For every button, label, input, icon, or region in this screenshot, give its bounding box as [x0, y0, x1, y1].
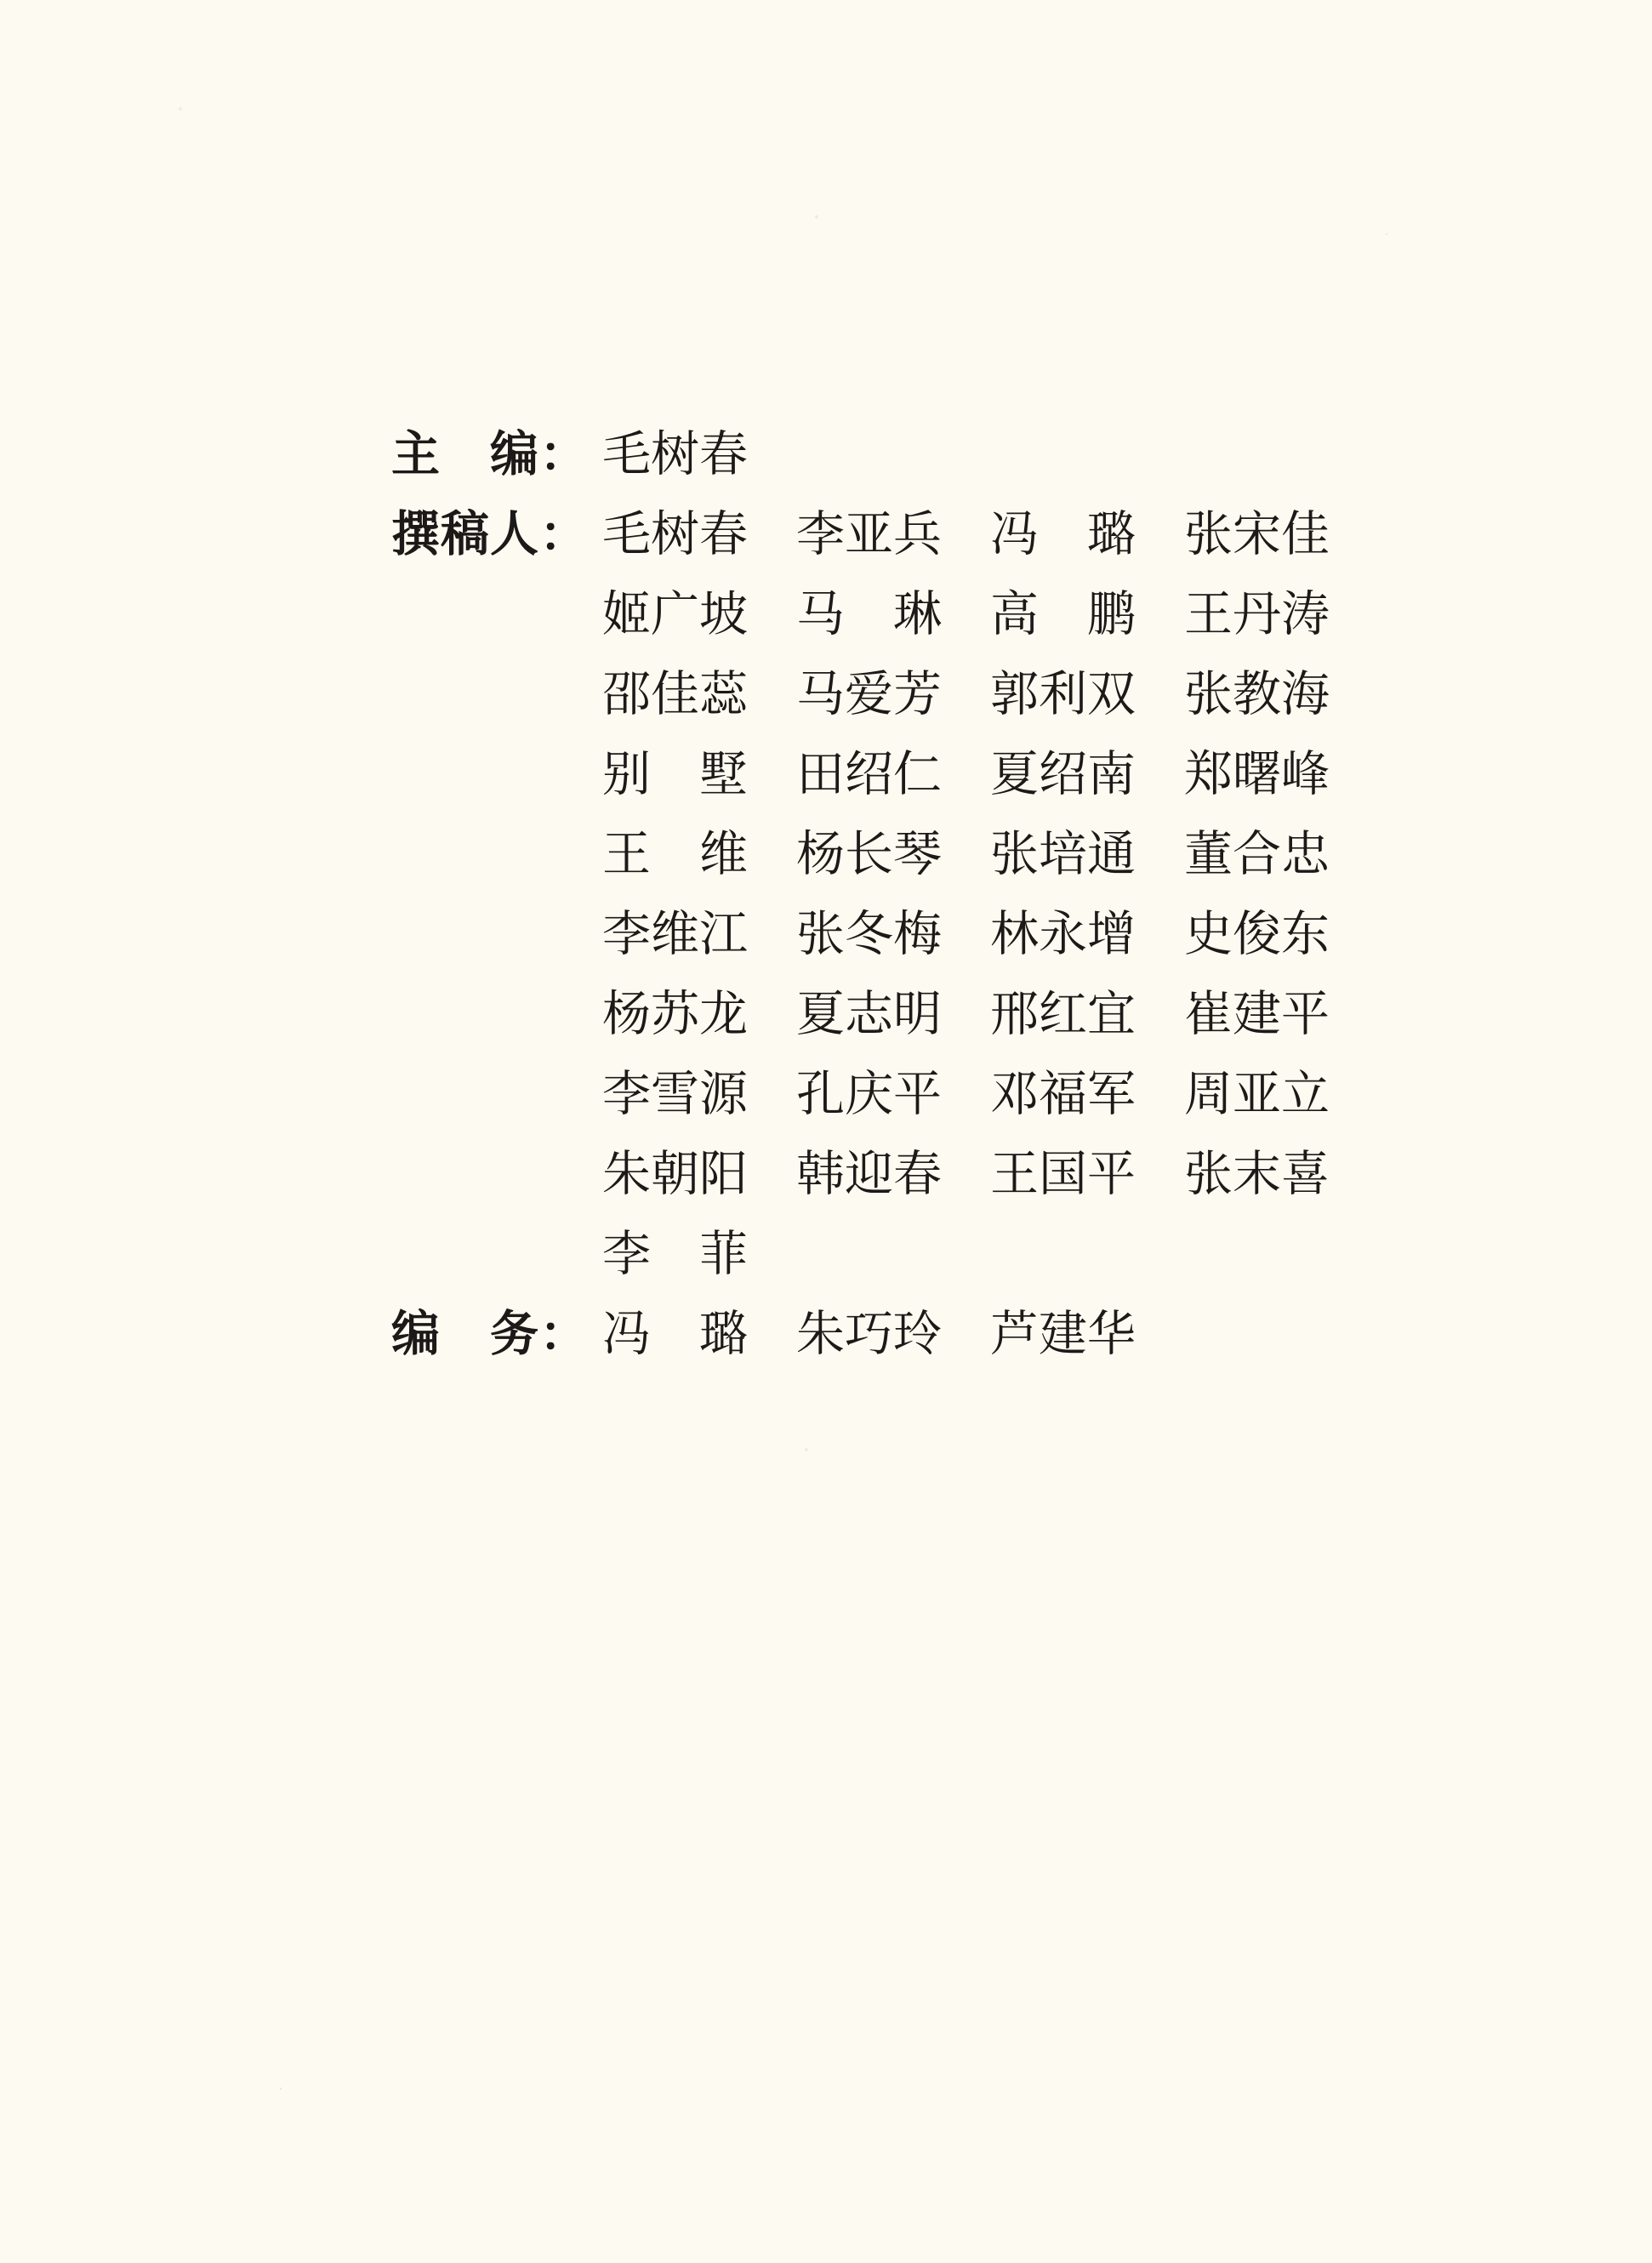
- contributor-name: 孔庆平: [796, 1070, 944, 1119]
- contributor-name: 别 墅: [602, 750, 750, 799]
- contributor-name: 郑曙峰: [1184, 750, 1332, 799]
- editorial-name: 芦建华: [990, 1310, 1138, 1359]
- contributor-name: 张培通: [990, 830, 1138, 879]
- credits-block: 主 编： 毛树春 撰稿人： 毛树春李亚兵冯 璐张宋佳姬广坡马 琳高 鹏王丹涛邵佳…: [391, 430, 1332, 1359]
- contributor-name: 李雪源: [602, 1070, 750, 1119]
- contributor-name: 邓福军: [990, 1070, 1138, 1119]
- contributors-label: 撰稿人：: [391, 510, 602, 559]
- contributor-name: 王 维: [602, 830, 750, 879]
- contributor-name: 姬广坡: [602, 590, 750, 639]
- scanned-credits-page: 主 编： 毛树春 撰稿人： 毛树春李亚兵冯 璐张宋佳姬广坡马 琳高 鹏王丹涛邵佳…: [0, 0, 1652, 2263]
- contributor-name: 张宋佳: [1184, 510, 1332, 559]
- contributor-name: 李 菲: [602, 1230, 750, 1279]
- contributor-name: 高 鹏: [990, 590, 1138, 639]
- contributor-name: 夏志明: [796, 990, 944, 1039]
- editorial-label: 编 务：: [391, 1310, 602, 1359]
- contributor-name: 林永增: [990, 910, 1138, 959]
- editorial-line: 编 务： 冯 璐 朱巧玲 芦建华: [391, 1310, 1332, 1359]
- chief-editor-label: 主 编：: [391, 430, 602, 479]
- contributor-name: 张教海: [1184, 670, 1332, 719]
- chief-editor-name: 毛树春: [602, 430, 750, 479]
- contributor-name: 田绍仁: [796, 750, 944, 799]
- contributor-name: 杨长琴: [796, 830, 944, 879]
- contributor-name: 郭利双: [990, 670, 1138, 719]
- editorial-name: 朱巧玲: [796, 1310, 944, 1359]
- contributor-name: 冯 璐: [990, 510, 1138, 559]
- contributor-name: 夏绍南: [990, 750, 1138, 799]
- editorial-name: 冯 璐: [602, 1310, 750, 1359]
- contributor-name: 杨苏龙: [602, 990, 750, 1039]
- contributor-name: 毛树春: [602, 510, 750, 559]
- contributors-line: 撰稿人： 毛树春李亚兵冯 璐张宋佳姬广坡马 琳高 鹏王丹涛邵佳蕊马爱芳郭利双张教…: [391, 510, 1332, 1279]
- contributor-name: 周亚立: [1184, 1070, 1332, 1119]
- contributor-name: 朱朝阳: [602, 1150, 750, 1199]
- contributor-name: 史俊东: [1184, 910, 1332, 959]
- contributor-name: 张冬梅: [796, 910, 944, 959]
- contributor-name: 张末喜: [1184, 1150, 1332, 1199]
- contributor-name: 李亚兵: [796, 510, 944, 559]
- editorial-names: 冯 璐 朱巧玲 芦建华: [602, 1310, 1332, 1359]
- contributor-name: 邵佳蕊: [602, 670, 750, 719]
- contributor-name: 邢红宜: [990, 990, 1138, 1039]
- contributor-name: 马爱芳: [796, 670, 944, 719]
- contributor-name: 董合忠: [1184, 830, 1332, 879]
- chief-editor-line: 主 编： 毛树春: [391, 430, 1332, 479]
- contributor-name: 王丹涛: [1184, 590, 1332, 639]
- chief-editor-names: 毛树春: [602, 430, 1332, 479]
- contributor-name: 王国平: [990, 1150, 1138, 1199]
- contributor-name: 崔建平: [1184, 990, 1332, 1039]
- contributors-names: 毛树春李亚兵冯 璐张宋佳姬广坡马 琳高 鹏王丹涛邵佳蕊马爱芳郭利双张教海别 墅田…: [602, 510, 1332, 1279]
- contributor-name: 韩迎春: [796, 1150, 944, 1199]
- contributor-name: 李维江: [602, 910, 750, 959]
- contributor-name: 马 琳: [796, 590, 944, 639]
